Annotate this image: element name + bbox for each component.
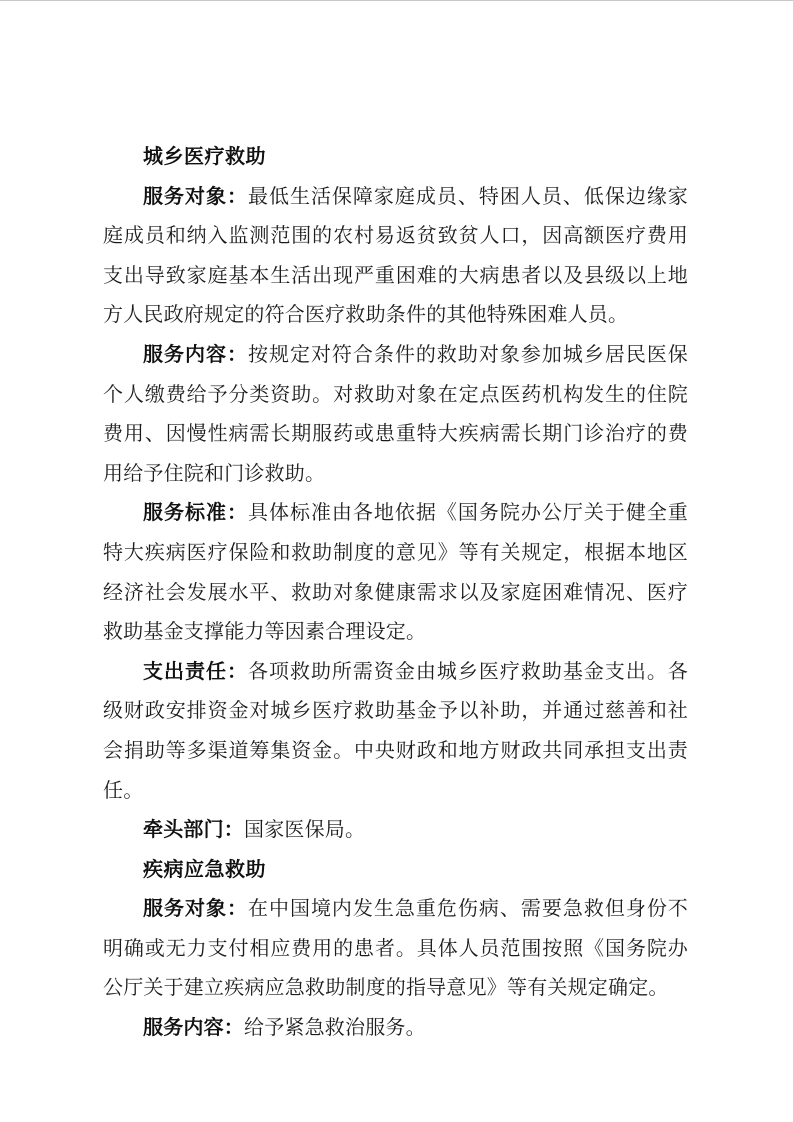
para-service-content-medical-assistance: 服务内容：按规定对符合条件的救助对象参加城乡居民医保个人缴费给予分类资助。对救助… (103, 336, 688, 494)
para-service-content-emergency-assistance: 服务内容：给予紧急救治服务。 (103, 1009, 688, 1049)
para-service-standard-medical-assistance: 服务标准：具体标准由各地依据《国务院办公厅关于健全重特大疾病医疗保险和救助制度的… (103, 494, 688, 652)
para-label-service-target-emergency: 服务对象： (143, 898, 248, 920)
para-label-service-standard: 服务标准： (143, 502, 248, 524)
para-service-target-emergency-assistance: 服务对象：在中国境内发生急重危伤病、需要急救但身份不明确或无力支付相应费用的患者… (103, 890, 688, 1009)
document-page: 城乡医疗救助 服务对象：最低生活保障家庭成员、特困人员、低保边缘家庭成员和纳入监… (0, 0, 793, 1122)
para-label-lead-department: 牵头部门： (143, 819, 244, 841)
para-label-service-content: 服务内容： (143, 344, 248, 366)
heading-urban-rural-medical-assistance: 城乡医疗救助 (103, 138, 688, 178)
heading-disease-emergency-assistance: 疾病应急救助 (103, 851, 688, 891)
para-label-expenditure-responsibility: 支出责任： (143, 661, 248, 683)
para-expenditure-responsibility: 支出责任：各项救助所需资金由城乡医疗救助基金支出。各级财政安排资金对城乡医疗救助… (103, 653, 688, 811)
para-lead-department: 牵头部门：国家医保局。 (103, 811, 688, 851)
para-text-lead-department: 国家医保局。 (244, 819, 365, 841)
para-text-service-content-emergency: 给予紧急救治服务。 (244, 1017, 426, 1039)
para-label-service-target: 服务对象： (143, 186, 248, 208)
para-service-target-medical-assistance: 服务对象：最低生活保障家庭成员、特困人员、低保边缘家庭成员和纳入监测范围的农村易… (103, 178, 688, 336)
para-label-service-content-emergency: 服务内容： (143, 1017, 244, 1039)
